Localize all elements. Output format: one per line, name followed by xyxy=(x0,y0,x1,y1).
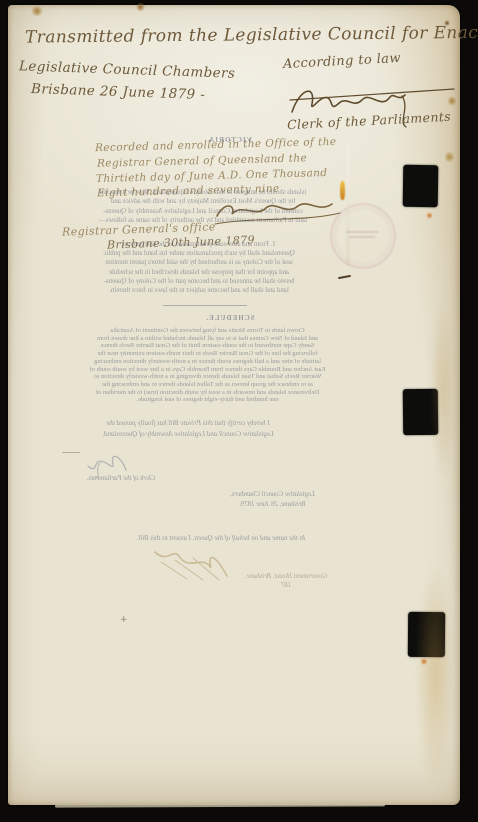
verso-clerk-title-text: Clerk of the Parliaments. xyxy=(66,475,176,482)
verso-schedule-line: latitude of nine and a half degrees sout… xyxy=(50,358,365,366)
verso-certify-line: Legislative Council and Legislative Asse… xyxy=(68,429,308,440)
verso-schedule-line: East Anchor and Bramble Cays thence from… xyxy=(50,366,365,374)
verso-schedule-paragraph: Crown lands in Torres Straits and lying … xyxy=(50,327,365,404)
verso-schedule-line: following the line of the Great Barrier … xyxy=(50,350,365,358)
verso-govhouse-line: Government House, Brisbane, xyxy=(240,572,332,581)
verso-council-chambers: Legislative Council Chambers, Brisbane, … xyxy=(205,490,340,509)
under-sheet-edge xyxy=(55,803,385,807)
redaction-patch-1 xyxy=(403,165,439,207)
verso-enacting-paragraph: islands should be annexed to the Colony … xyxy=(62,188,344,226)
verso-clause-line: 1. From and after such proclamation as t… xyxy=(55,240,343,249)
verso-section-rule xyxy=(163,305,247,306)
verso-clerk-title: Clerk of the Parliaments. xyxy=(66,475,176,482)
verso-schedule-heading: SCHEDULE. xyxy=(150,314,310,322)
verso-enacting-line: land in Parliament assembled and by the … xyxy=(62,216,344,225)
pencil-dash-mark xyxy=(62,452,80,453)
pencil-plus-mark: + xyxy=(120,615,128,625)
verso-schedule-heading-text: SCHEDULE. xyxy=(150,314,310,322)
verso-clause-paragraph: 1. From and after such proclamation as t… xyxy=(55,240,343,295)
verso-clerk-signature xyxy=(82,448,130,478)
verso-certification: I hereby certify that this Private Bill … xyxy=(68,418,308,439)
verso-govhouse-line: 187 xyxy=(240,581,332,590)
verso-certify-line: I hereby certify that this Private Bill … xyxy=(68,418,308,429)
verso-enacting-line: consent of the Legislative Council and L… xyxy=(62,207,344,216)
verso-clause-line: land and shall be and become subject to … xyxy=(55,286,343,295)
verso-schedule-line: Deliverance Islands and onwards in a wes… xyxy=(50,389,365,397)
verso-assent-text: In the name and on behalf of the Queen, … xyxy=(92,534,350,542)
verso-council-line: Legislative Council Chambers, xyxy=(205,490,340,500)
verso-schedule-line: Warrior Reefs Saibai and Tuan Islands th… xyxy=(50,373,365,381)
verso-governor-signature xyxy=(148,546,233,582)
verso-act-title-text: VICTORIA xyxy=(155,136,305,144)
archival-photograph: Transmitted from the Legislative Council… xyxy=(0,0,478,822)
verso-assent-line: In the name and on behalf of the Queen, … xyxy=(92,534,350,542)
verso-clause-line: and appoint for that purpose the Islands… xyxy=(55,268,343,277)
verso-schedule-line: Crown lands in Torres Straits and lying … xyxy=(50,327,365,335)
verso-schedule-line: one hundred and thirty-eight degrees of … xyxy=(50,396,365,404)
redaction-patch-3 xyxy=(408,612,445,657)
verso-schedule-line: Sandy Cape northward to the south-easter… xyxy=(50,342,365,350)
verso-clause-line: seal of the Colony as is authorised by t… xyxy=(55,258,343,267)
verso-clause-line: hereto shall be annexed to and become pa… xyxy=(55,277,343,286)
verso-act-title: VICTORIA xyxy=(155,136,305,144)
verso-schedule-line: and Island of New Guinea that is to say … xyxy=(50,335,365,343)
verso-government-house: Government House, Brisbane, 187 xyxy=(240,572,332,590)
verso-enacting-line: islands should be annexed to the Colony … xyxy=(62,188,344,197)
verso-enacting-line: by the Queen's Most Excellent Majesty by… xyxy=(62,197,344,206)
verso-council-line: Brisbane, 26 June 1879. xyxy=(205,500,340,510)
verso-schedule-line: as to embrace the group known as the Tal… xyxy=(50,381,365,389)
redaction-patch-2 xyxy=(403,389,438,435)
verso-clause-line: Queensland shall by such proclamation un… xyxy=(55,249,343,258)
